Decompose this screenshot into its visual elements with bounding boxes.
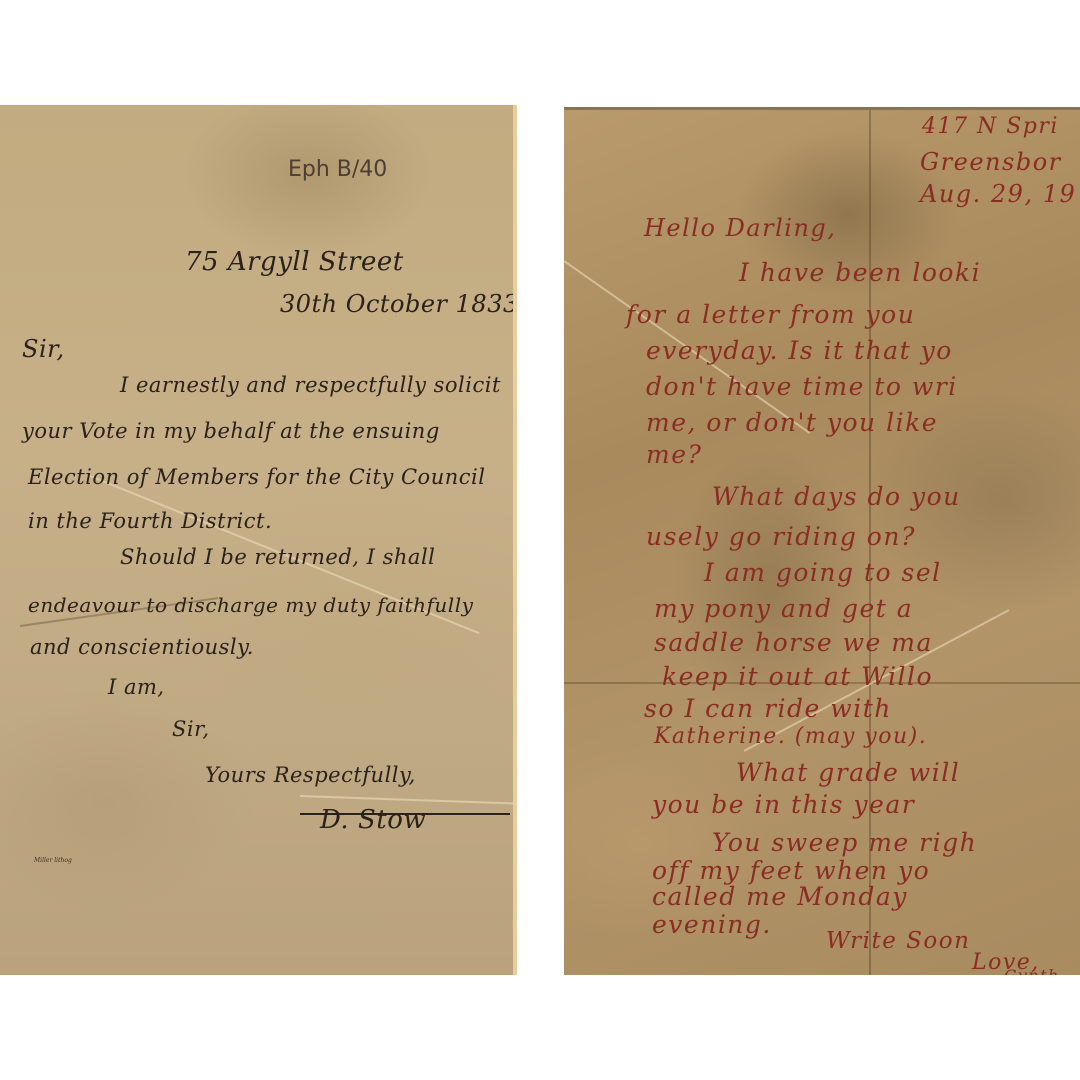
body-line: me, or don't you like [646,408,938,437]
body-line: in the Fourth District. [28,509,272,533]
left-letter-sheet: Eph B/40 75 Argyll Street 30th October 1… [0,105,517,975]
body-line: Katherine. (may you). [654,724,927,749]
body-line: Election of Members for the City Council [28,465,485,489]
printer-mark: Miller lithog [34,857,72,864]
body-line: so I can ride with [644,694,892,723]
right-letter-sheet: 417 N Spri Greensbor Aug. 29, 19 Hello D… [564,107,1080,975]
body-line: saddle horse we ma [654,628,933,657]
body-line: for a letter from you [626,300,915,329]
signature-flourish [300,813,510,815]
body-line: What grade will [736,758,960,787]
letter-date: 30th October 1833. [280,290,517,318]
salutation: Hello Darling, [644,214,836,242]
closing-line: Sir, [172,717,210,741]
sender-address: 75 Argyll Street [185,247,404,277]
archive-reference-mark: Eph B/40 [288,157,387,182]
salutation: Sir, [22,335,65,363]
body-line: What days do you [712,482,961,511]
body-line: evening. [652,910,772,939]
body-line: called me Monday [652,882,908,911]
body-line: me? [646,440,702,469]
body-line: and conscientiously. [30,635,254,659]
body-line: your Vote in my behalf at the ensuing [22,419,440,443]
body-line: I am going to sel [704,558,942,587]
closing-line: I am, [108,675,165,699]
address-line: Greensbor [920,148,1062,176]
closing-line: Write Soon [826,928,970,954]
body-line: off my feet when yo [652,856,930,885]
body-line: my pony and get a [654,594,913,623]
body-line: endeavour to discharge my duty faithfull… [28,593,473,617]
body-line: keep it out at Willo [662,662,933,691]
address-line: Aug. 29, 19 [920,180,1076,208]
paper-crease [300,795,515,805]
body-line: I earnestly and respectfully solicit [120,373,501,397]
address-line: 417 N Spri [922,114,1059,139]
signature: Cynth [1004,966,1060,975]
body-line: everyday. Is it that yo [646,336,953,365]
body-line: You sweep me righ [712,828,977,857]
body-line: don't have time to wri [646,372,958,401]
body-line: Should I be returned, I shall [120,545,435,569]
body-line: you be in this year [652,790,915,819]
closing-line: Yours Respectfully, [205,763,416,787]
signature: D. Stow [320,805,426,835]
body-line: usely go riding on? [646,522,916,551]
body-line: I have been looki [739,258,981,287]
